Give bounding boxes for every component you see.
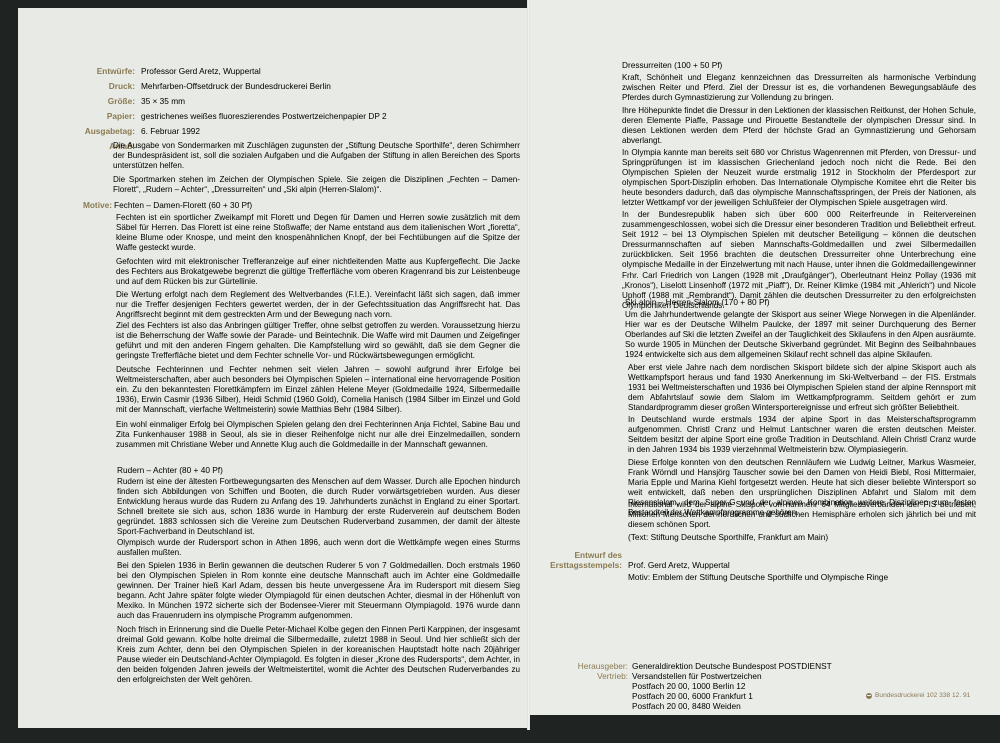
dressur-heading: Dressurreiten (100 + 50 Pf) <box>622 60 722 70</box>
page-fold <box>527 0 530 730</box>
fechten-paragraph-2: Gefochten wird mit elektronischer Treffe… <box>116 257 520 287</box>
stempel-motiv: Motiv: Emblem der Stiftung Deutsche Spor… <box>628 572 888 582</box>
fechten-heading: Fechten – Damen-Florett (60 + 30 Pf) <box>114 200 252 210</box>
fechten-paragraph-3: Die Wertung erfolgt nach dem Reglement d… <box>116 290 520 320</box>
label-vertrieb: Vertrieb: <box>560 671 628 681</box>
rudern-heading: Rudern – Achter (80 + 40 Pf) <box>117 465 223 475</box>
ski-paragraph-3: In Deutschland wurde erstmals 1934 der a… <box>628 415 976 455</box>
ski-paragraph-1: Um die Jahrhundertwende gelangte der Ski… <box>625 310 976 360</box>
dressur-paragraph-3: In Olympia kannte man bereits seit 680 v… <box>622 148 976 209</box>
fechten-paragraph-1: Fechten ist ein sportlicher Zweikampf mi… <box>116 213 520 253</box>
value-entwuerfe: Professor Gerd Aretz, Wuppertal <box>141 66 261 76</box>
fechten-paragraph-4: Ziel des Fechters ist also das Anbringen… <box>116 321 520 361</box>
ski-paragraph-5: International wird der alpine Skisport v… <box>628 500 976 530</box>
publisher-line-2: Versandstellen für Postwertzeichen <box>632 671 762 681</box>
dressur-paragraph-1: Kraft, Schönheit und Eleganz kennzeichne… <box>622 73 976 103</box>
publisher-line-3: Postfach 20 00, 1000 Berlin 12 <box>632 681 745 691</box>
fechten-paragraph-5: Deutsche Fechterinnen und Fechter nehmen… <box>116 365 520 415</box>
stempel-designer: Prof. Gerd Aretz, Wuppertal <box>628 560 730 570</box>
dressur-paragraph-4: In der Bundesrepublik haben sich über 60… <box>622 210 976 311</box>
label-groesse: Größe: <box>20 96 135 106</box>
ski-paragraph-2: Aber erst viele Jahre nach dem nordische… <box>628 363 976 413</box>
value-groesse: 35 × 35 mm <box>141 96 185 106</box>
rudern-paragraph-4: Noch frisch in Erinnerung sind die Duell… <box>117 625 520 686</box>
label-papier: Papier: <box>20 111 135 121</box>
anlass-paragraph-1: Die Ausgabe von Sondermarken mit Zuschlä… <box>113 141 520 171</box>
anlass-paragraph-2: Die Sportmarken stehen im Zeichen der Ol… <box>113 175 520 195</box>
value-papier: gestrichenes weißes fluoreszierendes Pos… <box>141 111 387 121</box>
rudern-paragraph-1: Rudern ist eine der ältesten Fortbewegun… <box>117 477 520 538</box>
rudern-paragraph-3: Bei den Spielen 1936 in Berlin gewannen … <box>117 561 520 622</box>
label-ersttagsstempel: Ersttagsstempels: <box>520 560 622 570</box>
ski-heading: Ski alpin – Herren-Slalom (170 + 80 Pf) <box>625 297 770 307</box>
label-motive: Motive: <box>20 200 112 210</box>
text-credit: (Text: Stiftung Deutsche Sporthilfe, Fra… <box>628 532 828 542</box>
label-entwurf-des: Entwurf des <box>540 550 622 560</box>
printer-logo-icon <box>866 693 872 699</box>
value-ausgabetag: 6. Februar 1992 <box>141 126 200 136</box>
dressur-paragraph-2: Ihre Höhepunkte findet die Dressur in de… <box>622 106 976 146</box>
label-herausgeber: Herausgeber: <box>560 661 628 671</box>
publisher-line-4: Postfach 20 00, 6000 Frankfurt 1 <box>632 691 753 701</box>
rudern-paragraph-2: Olympisch wurde der Rudersport schon in … <box>117 538 520 558</box>
label-ausgabetag: Ausgabetag: <box>20 126 135 136</box>
printer-imprint: Bundesdruckerei 102 338 12. 91 <box>866 692 970 699</box>
imprint-text: Bundesdruckerei 102 338 12. 91 <box>875 692 970 699</box>
fechten-paragraph-6: Ein wohl einmaliger Erfolg bei Olympisch… <box>116 420 520 450</box>
publisher-line-1: Generaldirektion Deutsche Bundespost POS… <box>632 661 832 671</box>
label-druck: Druck: <box>20 81 135 91</box>
label-entwuerfe: Entwürfe: <box>20 66 135 76</box>
value-druck: Mehrfarben-Offsetdruck der Bundesdrucker… <box>141 81 331 91</box>
publisher-line-5: Postfach 20 00, 8480 Weiden <box>632 701 741 711</box>
